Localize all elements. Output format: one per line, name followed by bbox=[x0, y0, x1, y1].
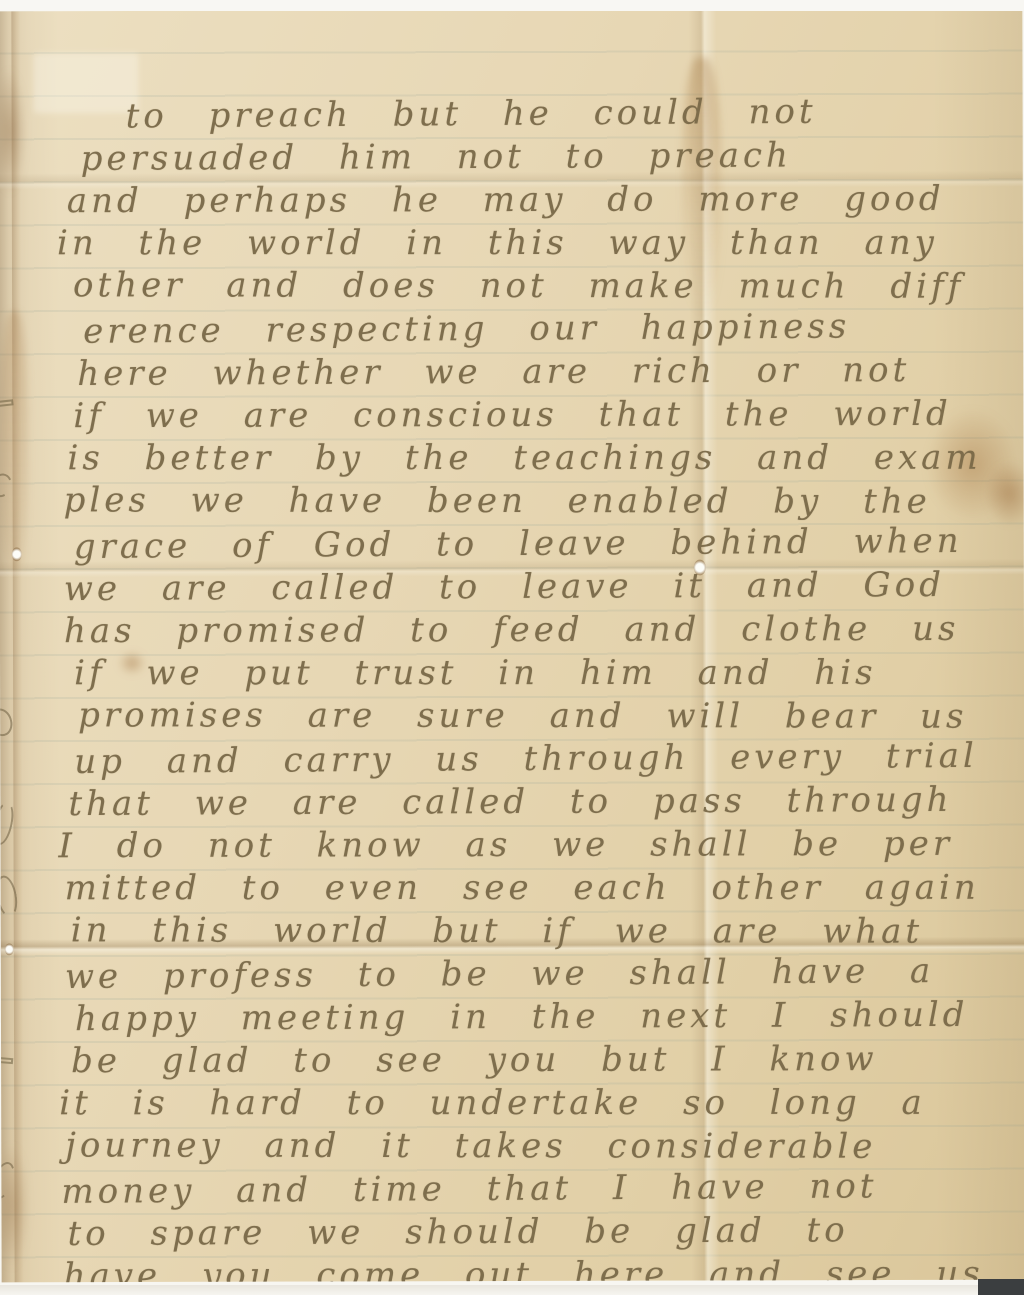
handwritten-line: happy meeting in the next I should bbox=[75, 995, 969, 1039]
handwritten-line: ples we have been enabled by the bbox=[64, 480, 931, 521]
left-binding-crease bbox=[11, 11, 23, 1282]
scanner-corner-dark bbox=[978, 1279, 1024, 1295]
facing-page-ink-fragment bbox=[0, 873, 17, 917]
handwritten-line: it is hard to undertake so long a bbox=[59, 1083, 926, 1123]
handwritten-line: journey and it takes considerable bbox=[65, 1125, 876, 1166]
pinhole bbox=[5, 943, 14, 955]
facing-page-ink-fragment bbox=[0, 706, 12, 736]
facing-page-ink-fragment bbox=[0, 1053, 13, 1063]
handwritten-line: in the world in this way than any bbox=[57, 223, 938, 263]
handwritten-line: I do not know as we shall be per bbox=[58, 824, 953, 866]
scanner-bottom-strip bbox=[0, 1285, 1024, 1295]
paper-light-patch bbox=[33, 53, 138, 113]
handwritten-line: here whether we are rich or not bbox=[77, 350, 910, 394]
handwritten-line: if we put trust in him and his bbox=[74, 653, 877, 693]
handwritten-line: has promised to feed and clothe us bbox=[64, 609, 960, 651]
handwritten-line: have you come out here and see us bbox=[64, 1254, 984, 1283]
handwritten-line: is better by the teachings and exam bbox=[67, 438, 981, 478]
facing-page-ink-fragment bbox=[0, 1159, 15, 1199]
handwritten-line: we are called to leave it and God bbox=[64, 565, 945, 609]
handwritten-line: erence respecting our happiness bbox=[83, 307, 850, 352]
handwritten-line: up and carry us through every trial bbox=[74, 736, 978, 782]
handwritten-line: and perhaps he may do more good bbox=[67, 179, 945, 221]
facing-page-ink-fragment bbox=[0, 471, 12, 497]
handwritten-line: mitted to even see each other again bbox=[65, 868, 980, 908]
handwritten-line: that we are called to pass through bbox=[68, 780, 952, 824]
handwritten-line: we profess to be we shall have a bbox=[65, 951, 935, 997]
handwritten-line: to preach but he could not bbox=[125, 92, 816, 137]
handwritten-line: be glad to see you but I know bbox=[71, 1039, 878, 1081]
handwritten-line: promises are sure and will bear us bbox=[78, 695, 967, 736]
handwritten-line: if we are conscious that the world bbox=[73, 394, 952, 436]
facing-page-ink-fragment bbox=[0, 799, 15, 845]
scanner-top-strip bbox=[0, 0, 1024, 11]
handwritten-line: other and does not make much diff bbox=[73, 265, 964, 306]
handwritten-line: to spare we should be glad to bbox=[67, 1210, 848, 1254]
handwritten-line: persuaded him not to preach bbox=[81, 136, 792, 179]
handwritten-line: grace of God to leave behind when bbox=[74, 521, 963, 567]
crease-stain-streak bbox=[1, 311, 28, 571]
facing-page-ink-fragment bbox=[0, 396, 13, 406]
handwritten-line: money and time that I have not bbox=[61, 1166, 877, 1212]
letter-page: to preach but he could notpersuaded him … bbox=[0, 9, 1024, 1283]
handwritten-line: in this world but if we are what bbox=[71, 910, 923, 951]
pinhole bbox=[12, 547, 22, 561]
